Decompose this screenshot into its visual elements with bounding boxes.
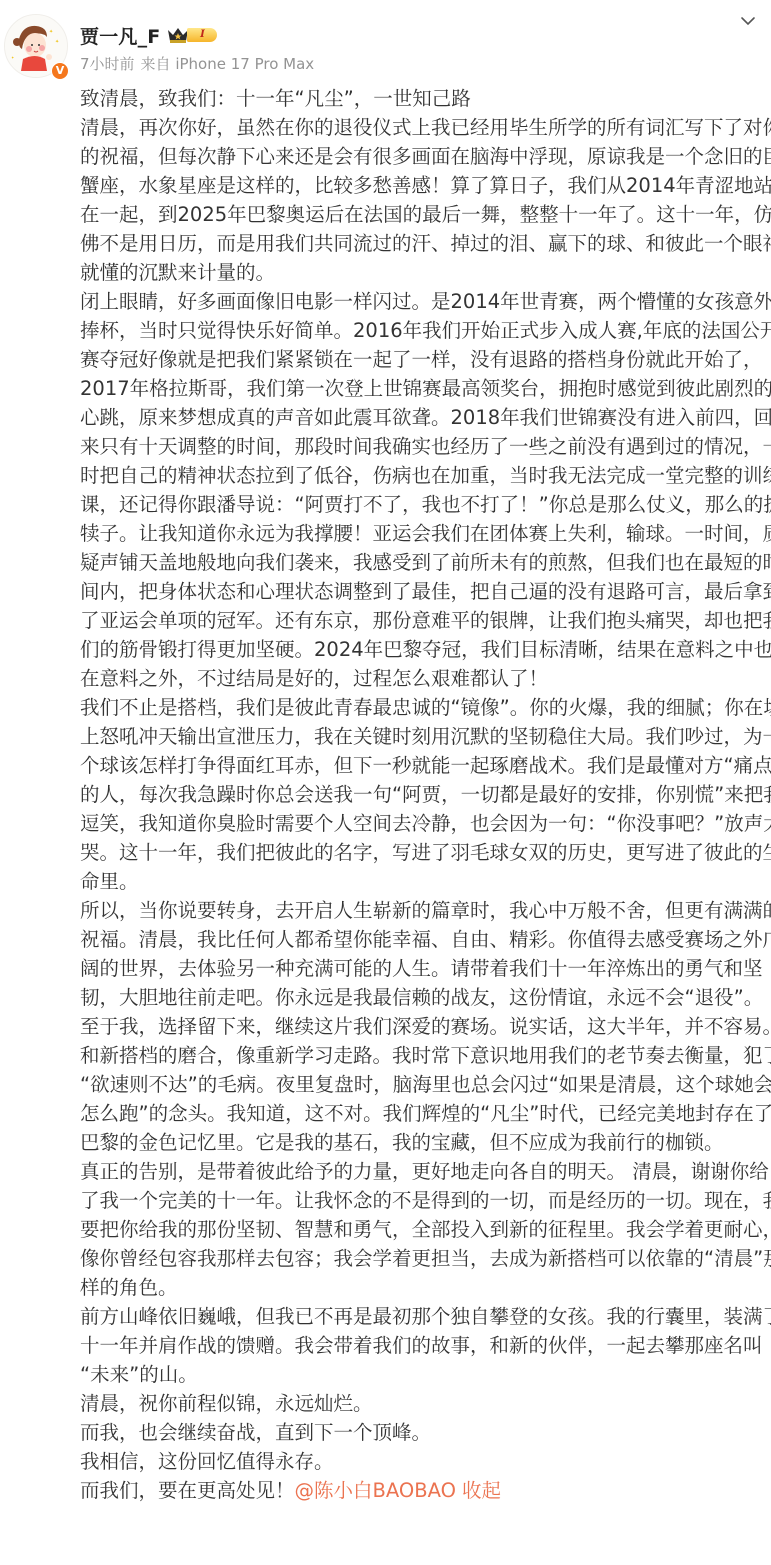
post-text-line: “未来”的山。: [80, 1360, 765, 1389]
post-meta: 7小时前来自 iPhone 17 Pro Max: [80, 53, 314, 74]
post-body: 致清晨，致我们：十一年“凡尘”，一世知己路清晨，再次你好，虽然在你的退役仪式上我…: [80, 84, 765, 1505]
post-text-line: 样的角色。: [80, 1273, 765, 1302]
post-text-last-line: 而我们，要在更高处见！@陈小白BAOBAO收起: [80, 1476, 765, 1505]
post-text-line: 真正的告别，是带着彼此给予的力量，更好地走向各自的明天。 清晨，谢谢你给: [80, 1157, 765, 1186]
post-text-line: 我相信，这份回忆值得永存。: [80, 1447, 765, 1476]
verified-v-icon: V: [51, 62, 69, 80]
member-level: I: [187, 28, 217, 42]
post-text-line: 至于我，选择留下来，继续这片我们深爱的赛场。说实话，这大半年，并不容易。: [80, 1012, 765, 1041]
post-text-line: 清晨，祝你前程似锦，永远灿烂。: [80, 1389, 765, 1418]
weibo-post: ✦ ✦ ✦ V 贾一凡_F I 7小时前来自 iPhone 17 Pro Max: [0, 0, 771, 1565]
post-text-line: 来只有十天调整的时间，那段时间我确实也经历了一些之前没有遇到过的情况，一: [80, 432, 765, 461]
post-text-line: 像你曾经包容我那样去包容；我会学着更担当，去成为新搭档可以依靠的“清晨”那: [80, 1244, 765, 1273]
post-text-line: 和新搭档的磨合，像重新学习走路。我时常下意识地用我们的老节奏去衡量，犯了: [80, 1041, 765, 1070]
post-text-line: 捧杯，当时只觉得快乐好简单。2016年我们开始正式步入成人赛,年底的法国公开: [80, 316, 765, 345]
author-row: 贾一凡_F I: [80, 22, 217, 48]
post-text-line: 时把自己的精神状态拉到了低谷，伤病也在加重，当时我无法完成一堂完整的训练: [80, 461, 765, 490]
post-text-line: 哭。这十一年，我们把彼此的名字，写进了羽毛球女双的历史，更写进了彼此的生: [80, 838, 765, 867]
post-header: ✦ ✦ ✦ V 贾一凡_F I 7小时前来自 iPhone 17 Pro Max: [0, 0, 771, 80]
chevron-down-icon[interactable]: [737, 10, 759, 32]
post-text-line: 了亚运会单项的冠军。还有东京，那份意难平的银牌，让我们抱头痛哭，却也把我: [80, 606, 765, 635]
post-text-line: 致清晨，致我们：十一年“凡尘”，一世知己路: [80, 84, 765, 113]
post-text-line: 2017年格拉斯哥，我们第一次登上世锦赛最高领奖台，拥抱时感觉到彼此剧烈的: [80, 374, 765, 403]
post-text-line: 闭上眼睛，好多画面像旧电影一样闪过。是2014年世青赛，两个懵懂的女孩意外: [80, 287, 765, 316]
svg-text:✦: ✦: [49, 29, 53, 35]
svg-text:✦: ✦: [55, 39, 59, 45]
post-text-line: 就懂的沉默来计量的。: [80, 258, 765, 287]
post-text-line: 前方山峰依旧巍峨，但我已不再是最初那个独自攀登的女孩。我的行囊里，装满了: [80, 1302, 765, 1331]
post-text-line: 要把你给我的那份坚韧、智慧和勇气，全部投入到新的征程里。我会学着更耐心，: [80, 1215, 765, 1244]
post-source: 来自 iPhone 17 Pro Max: [141, 55, 315, 73]
post-text-line: 我们不止是搭档，我们是彼此青春最忠诚的“镜像”。你的火爆，我的细腻；你在场: [80, 693, 765, 722]
closing-text: 而我们，要在更高处见！: [80, 1479, 295, 1502]
post-time[interactable]: 7小时前: [80, 55, 135, 73]
member-badge[interactable]: I: [167, 26, 217, 44]
post-text-line: 蟹座，水象星座是这样的，比较多愁善感！算了算日子，我们从2014年青涩地站: [80, 171, 765, 200]
post-text-line: 清晨，再次你好，虽然在你的退役仪式上我已经用毕生所学的所有词汇写下了对你: [80, 113, 765, 142]
post-text-line: 韧，大胆地往前走吧。你永远是我最信赖的战友，这份情谊，永远不会“退役”。: [80, 983, 765, 1012]
author-name[interactable]: 贾一凡_F: [80, 22, 160, 49]
post-text-line: 逗笑，我知道你臭脸时需要个人空间去冷静，也会因为一句：“你没事吧？”放声大: [80, 809, 765, 838]
post-text-line: 命里。: [80, 867, 765, 896]
post-text-line: 所以，当你说要转身，去开启人生崭新的篇章时，我心中万般不舍，但更有满满的: [80, 896, 765, 925]
post-text-line: 课，还记得你跟潘导说：“阿贾打不了，我也不打了！”你总是那么仗义，那么的护: [80, 490, 765, 519]
crown-icon: [167, 26, 189, 44]
post-text-line: 的祝福，但每次静下心来还是会有很多画面在脑海中浮现，原谅我是一个念旧的巨: [80, 142, 765, 171]
post-text-line: 巴黎的金色记忆里。它是我的基石，我的宝藏，但不应成为我前行的枷锁。: [80, 1128, 765, 1157]
post-text-line: 了我一个完美的十一年。让我怀念的不是得到的一切，而是经历的一切。现在，我: [80, 1186, 765, 1215]
post-text-line: 心跳，原来梦想成真的声音如此震耳欲聋。2018年我们世锦赛没有进入前四，回: [80, 403, 765, 432]
post-text-line: 十一年并肩作战的馈赠。我会带着我们的故事，和新的伙伴，一起去攀那座名叫: [80, 1331, 765, 1360]
post-text-line: 间内，把身体状态和心理状态调整到了最佳，把自己逼的没有退路可言，最后拿到: [80, 577, 765, 606]
post-text-line: 们的筋骨锻打得更加坚硬。2024年巴黎夺冠，我们目标清晰，结果在意料之中也: [80, 635, 765, 664]
post-text-line: 在一起，到2025年巴黎奥运后在法国的最后一舞，整整十一年了。这十一年，仿: [80, 200, 765, 229]
post-text-line: 怎么跑”的念头。我知道，这不对。我们辉煌的“凡尘”时代，已经完美地封存在了: [80, 1099, 765, 1128]
post-text-line: 佛不是用日历，而是用我们共同流过的汗、掉过的泪、赢下的球、和彼此一个眼神: [80, 229, 765, 258]
post-text-line: 的人，每次我急躁时你总会送我一句“阿贾，一切都是最好的安排，你别慌”来把我: [80, 780, 765, 809]
post-text-line: 犊子。让我知道你永远为我撑腰！亚运会我们在团体赛上失利，输球。一时间，质: [80, 519, 765, 548]
post-text-line: “欲速则不达”的毛病。夜里复盘时，脑海里也总会闪过“如果是清晨，这个球她会: [80, 1070, 765, 1099]
post-text-line: 在意料之外，不过结局是好的，过程怎么艰难都认了！: [80, 664, 765, 693]
collapse-button[interactable]: 收起: [462, 1479, 501, 1502]
mention-link[interactable]: @陈小白BAOBAO: [295, 1479, 456, 1502]
post-text-line: 个球该怎样打争得面红耳赤，但下一秒就能一起琢磨战术。我们是最懂对方“痛点”: [80, 751, 765, 780]
post-text-line: 上怒吼冲天输出宣泄压力，我在关键时刻用沉默的坚韧稳住大局。我们吵过，为一: [80, 722, 765, 751]
post-text-line: 阔的世界，去体验另一种充满可能的人生。请带着我们十一年淬炼出的勇气和坚: [80, 954, 765, 983]
post-text-line: 疑声铺天盖地般地向我们袭来，我感受到了前所未有的煎熬，但我们也在最短的时: [80, 548, 765, 577]
post-text-line: 而我，也会继续奋战，直到下一个顶峰。: [80, 1418, 765, 1447]
post-text-line: 祝福。清晨，我比任何人都希望你能幸福、自由、精彩。你值得去感受赛场之外广: [80, 925, 765, 954]
post-text-line: 赛夺冠好像就是把我们紧紧锁在一起了一样，没有退路的搭档身份就此开始了，: [80, 345, 765, 374]
